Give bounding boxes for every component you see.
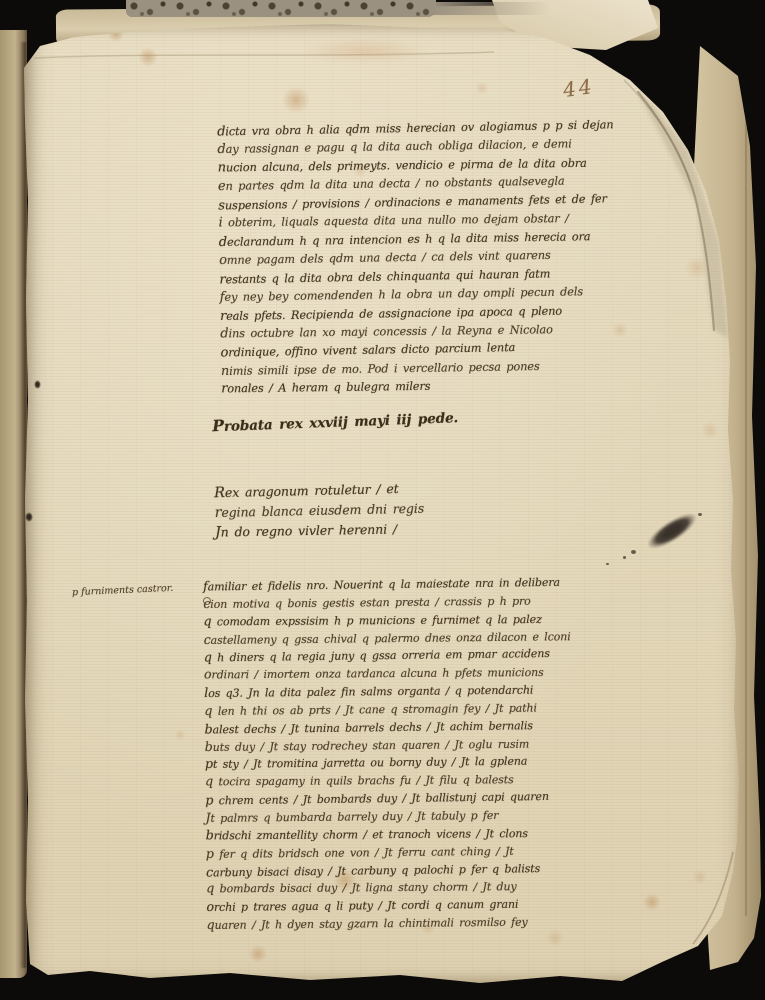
foxing-spot (249, 945, 267, 963)
wormhole (25, 512, 33, 522)
ink-blot-speck (623, 556, 626, 559)
foxing-spot (282, 86, 310, 114)
foxing-spot (300, 38, 430, 64)
foxing-spot (138, 47, 158, 67)
address-block: Rex aragonum rotuletur / etregina blanca… (214, 479, 425, 543)
margin-note: p furniments castror. (72, 583, 174, 598)
foxing-spot (612, 322, 628, 338)
folio-number: 44 (561, 74, 595, 102)
foxing-spot (692, 869, 708, 885)
entry-block-1: dicta vra obra h alia qdm miss herecian … (217, 117, 581, 399)
probata-line: Probata rex xxviij mayi iij pede. (212, 407, 458, 435)
ink-blot (642, 507, 702, 555)
foxing-spot (174, 729, 186, 741)
binding-edge (126, 0, 436, 17)
paper-crack-faint (624, 80, 690, 182)
entry-block-2: familiar et fidelis nro. Nouerint q la m… (203, 574, 572, 935)
manuscript-photo: 44 dicta vra obra h alia qdm miss hereci… (0, 0, 765, 1000)
ink-blot-speck (631, 550, 636, 554)
foxing-spot (546, 929, 564, 947)
ink-blot-speck (698, 513, 702, 516)
wormhole (34, 380, 41, 389)
foxing-spot (701, 421, 719, 439)
foxing-spot (475, 81, 489, 95)
ink-blot-speck (606, 563, 609, 565)
foxing-spot (643, 893, 661, 911)
binding-edge-fade (430, 2, 550, 15)
foxing-spot (685, 256, 709, 280)
manuscript-page: 44 dicta vra obra h alia qdm miss hereci… (24, 22, 746, 986)
